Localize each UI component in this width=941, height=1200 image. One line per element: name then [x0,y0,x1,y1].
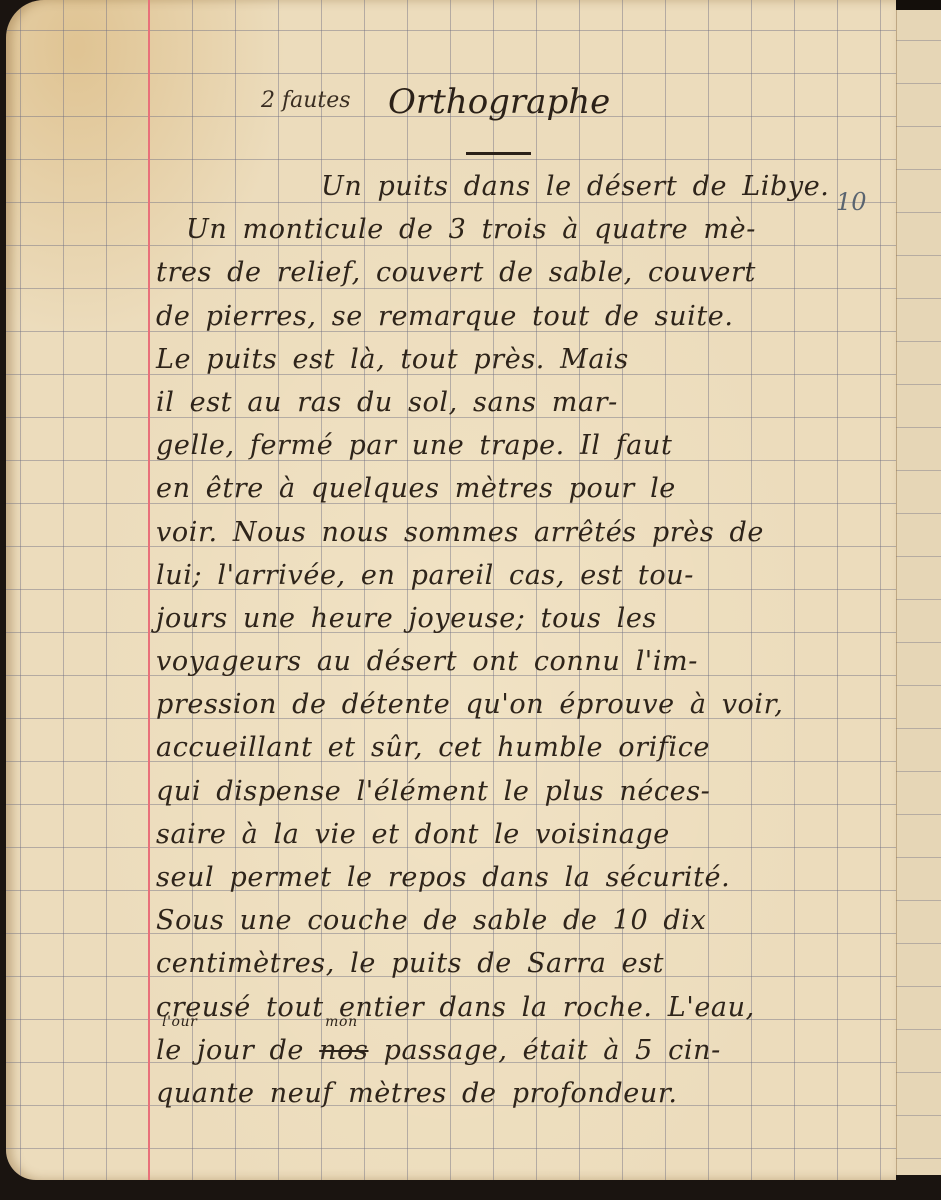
text-line: gelle, fermé par une trape. Il faut [156,424,896,467]
dictation-title: Un puits dans le désert de Libye. [156,165,896,208]
text-line: Un monticule de 3 trois à quatre mè- [156,208,896,251]
text-line: lui; l'arrivée, en pareil cas, est tou- [156,554,896,597]
text-line: accueillant et sûr, cet humble orifice [156,726,896,769]
correction-above: mon [325,1015,358,1029]
prefix-correction: l'our le [156,1029,182,1072]
corrected-text-line: l'our le jour de mon nos passage, était … [156,1029,896,1072]
text-segment: jour de [182,1035,319,1066]
notebook-page: 2 fautes Orthographe 10 Un puits dans le… [6,0,896,1180]
text-line: Sous une couche de sable de 10 dix [156,899,896,942]
text-line: centimètres, le puits de Sarra est [156,942,896,985]
text-segment: passage, était à 5 cin- [368,1035,720,1066]
notebook: 2 fautes Orthographe 10 Un puits dans le… [0,0,941,1200]
next-page-edge [896,10,941,1175]
handwritten-content: 2 fautes Orthographe 10 Un puits dans le… [156,70,896,130]
prefix-correction-above: l'our [162,1015,197,1029]
text-line: tres de relief, couvert de sable, couver… [156,251,896,294]
text-line: pression de détente qu'on éprouve à voir… [156,683,896,726]
dictation-text: Un puits dans le désert de Libye. Un mon… [156,165,896,1115]
text-line: en être à quelques mètres pour le [156,467,896,510]
text-line: de pierres, se remarque tout de suite. [156,295,896,338]
title-underline [466,152,531,155]
page-title: Orthographe [388,82,610,122]
text-line: saire à la vie et dont le voisinage [156,813,896,856]
text-line: il est au ras du sol, sans mar- [156,381,896,424]
text-line: voyageurs au désert ont connu l'im- [156,640,896,683]
page-heading: 2 fautes Orthographe [156,70,896,130]
text-line: jours une heure joyeuse; tous les [156,597,896,640]
text-line: qui dispense l'élément le plus néces- [156,770,896,813]
text-line: seul permet le repos dans la sécurité. [156,856,896,899]
text-line: creusé tout entier dans la roche. L'eau, [156,986,896,1029]
red-margin-line [148,0,150,1180]
word-correction: mon nos [319,1029,368,1072]
error-count-note: 2 fautes [261,88,351,113]
text-line: voir. Nous nous sommes arrêtés près de [156,511,896,554]
struck-word: nos [319,1035,368,1066]
prefix-word: le [156,1035,182,1066]
text-line: Le puits est là, tout près. Mais [156,338,896,381]
text-line-last: quante neuf mètres de profondeur. [156,1072,896,1115]
